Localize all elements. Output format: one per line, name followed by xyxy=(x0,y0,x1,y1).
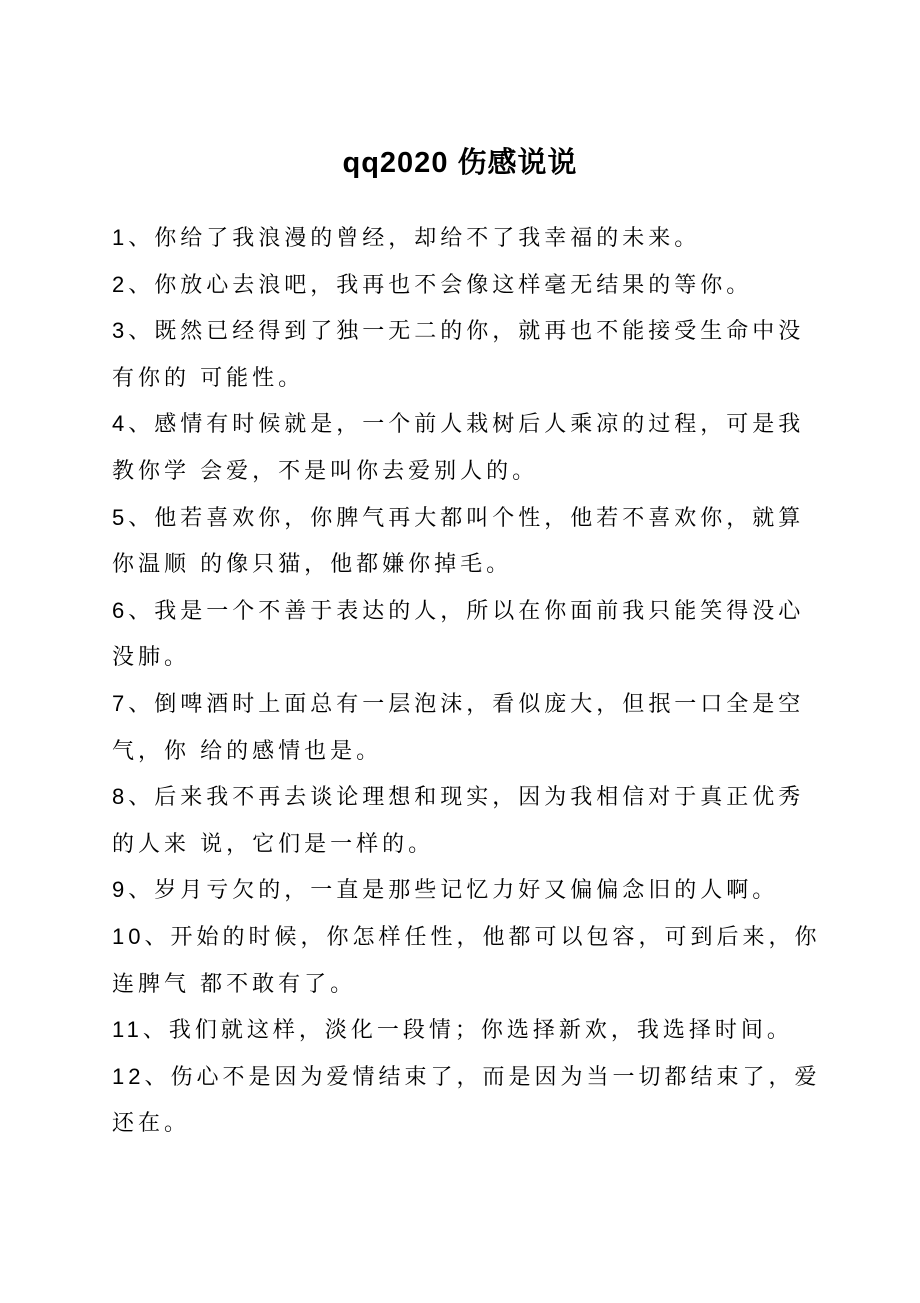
document-page: qq2020 伤感说说 1、你给了我浪漫的曾经，却给不了我幸福的未来。2、你放心… xyxy=(0,0,920,1303)
quote-line: 你温顺 的像只猫，他都嫌你掉毛。 xyxy=(112,551,512,576)
quote-line: 教你学 会爱，不是叫你去爱别人的。 xyxy=(112,458,538,483)
page-title: qq2020 伤感说说 xyxy=(0,0,920,183)
list-item: 6、我是一个不善于表达的人，所以在你面前我只能笑得没心没肺。 xyxy=(112,588,830,681)
quote-line: 7、倒啤酒时上面总有一层泡沫，看似庞大，但抿一口全是空 xyxy=(112,691,804,716)
list-item: 10、开始的时候，你怎样任性，他都可以包容，可到后来，你连脾气 都不敢有了。 xyxy=(112,914,830,1007)
quote-line: 有你的 可能性。 xyxy=(112,365,304,390)
list-item: 8、后来我不再去谈论理想和现实，因为我相信对于真正优秀的人来 说，它们是一样的。 xyxy=(112,774,830,867)
quote-line: 5、他若喜欢你，你脾气再大都叫个性，他若不喜欢你，就算 xyxy=(112,505,804,530)
quote-line: 3、既然已经得到了独一无二的你，就再也不能接受生命中没 xyxy=(112,318,804,343)
quote-line: 连脾气 都不敢有了。 xyxy=(112,971,356,996)
quotes-list: 1、你给了我浪漫的曾经，却给不了我幸福的未来。2、你放心去浪吧，我再也不会像这样… xyxy=(112,215,830,1147)
list-item: 12、伤心不是因为爱情结束了，而是因为当一切都结束了，爱还在。 xyxy=(112,1054,830,1147)
quote-line: 10、开始的时候，你怎样任性，他都可以包容，可到后来，你 xyxy=(112,924,820,949)
list-item: 7、倒啤酒时上面总有一层泡沫，看似庞大，但抿一口全是空气，你 给的感情也是。 xyxy=(112,681,830,774)
list-item: 3、既然已经得到了独一无二的你，就再也不能接受生命中没有你的 可能性。 xyxy=(112,308,830,401)
quote-line: 11、我们就这样，淡化一段情；你选择新欢，我选择时间。 xyxy=(112,1017,793,1042)
quote-line: 气，你 给的感情也是。 xyxy=(112,738,382,763)
quote-line: 8、后来我不再去谈论理想和现实，因为我相信对于真正优秀 xyxy=(112,784,804,809)
list-item: 11、我们就这样，淡化一段情；你选择新欢，我选择时间。 xyxy=(112,1007,830,1054)
list-item: 5、他若喜欢你，你脾气再大都叫个性，他若不喜欢你，就算你温顺 的像只猫，他都嫌你… xyxy=(112,495,830,588)
quote-line: 2、你放心去浪吧，我再也不会像这样毫无结果的等你。 xyxy=(112,272,752,297)
list-item: 2、你放心去浪吧，我再也不会像这样毫无结果的等你。 xyxy=(112,262,830,309)
quote-line: 1、你给了我浪漫的曾经，却给不了我幸福的未来。 xyxy=(112,225,700,250)
quote-line: 9、岁月亏欠的，一直是那些记忆力好又偏偏念旧的人啊。 xyxy=(112,877,778,902)
quote-line: 还在。 xyxy=(112,1110,190,1135)
quote-line: 没肺。 xyxy=(112,644,190,669)
quote-line: 12、伤心不是因为爱情结束了，而是因为当一切都结束了，爱 xyxy=(112,1064,820,1089)
quote-line: 6、我是一个不善于表达的人，所以在你面前我只能笑得没心 xyxy=(112,598,804,623)
list-item: 4、感情有时候就是，一个前人栽树后人乘凉的过程，可是我教你学 会爱，不是叫你去爱… xyxy=(112,401,830,494)
list-item: 9、岁月亏欠的，一直是那些记忆力好又偏偏念旧的人啊。 xyxy=(112,867,830,914)
quote-line: 4、感情有时候就是，一个前人栽树后人乘凉的过程，可是我 xyxy=(112,411,804,436)
list-item: 1、你给了我浪漫的曾经，却给不了我幸福的未来。 xyxy=(112,215,830,262)
quote-line: 的人来 说，它们是一样的。 xyxy=(112,831,434,856)
